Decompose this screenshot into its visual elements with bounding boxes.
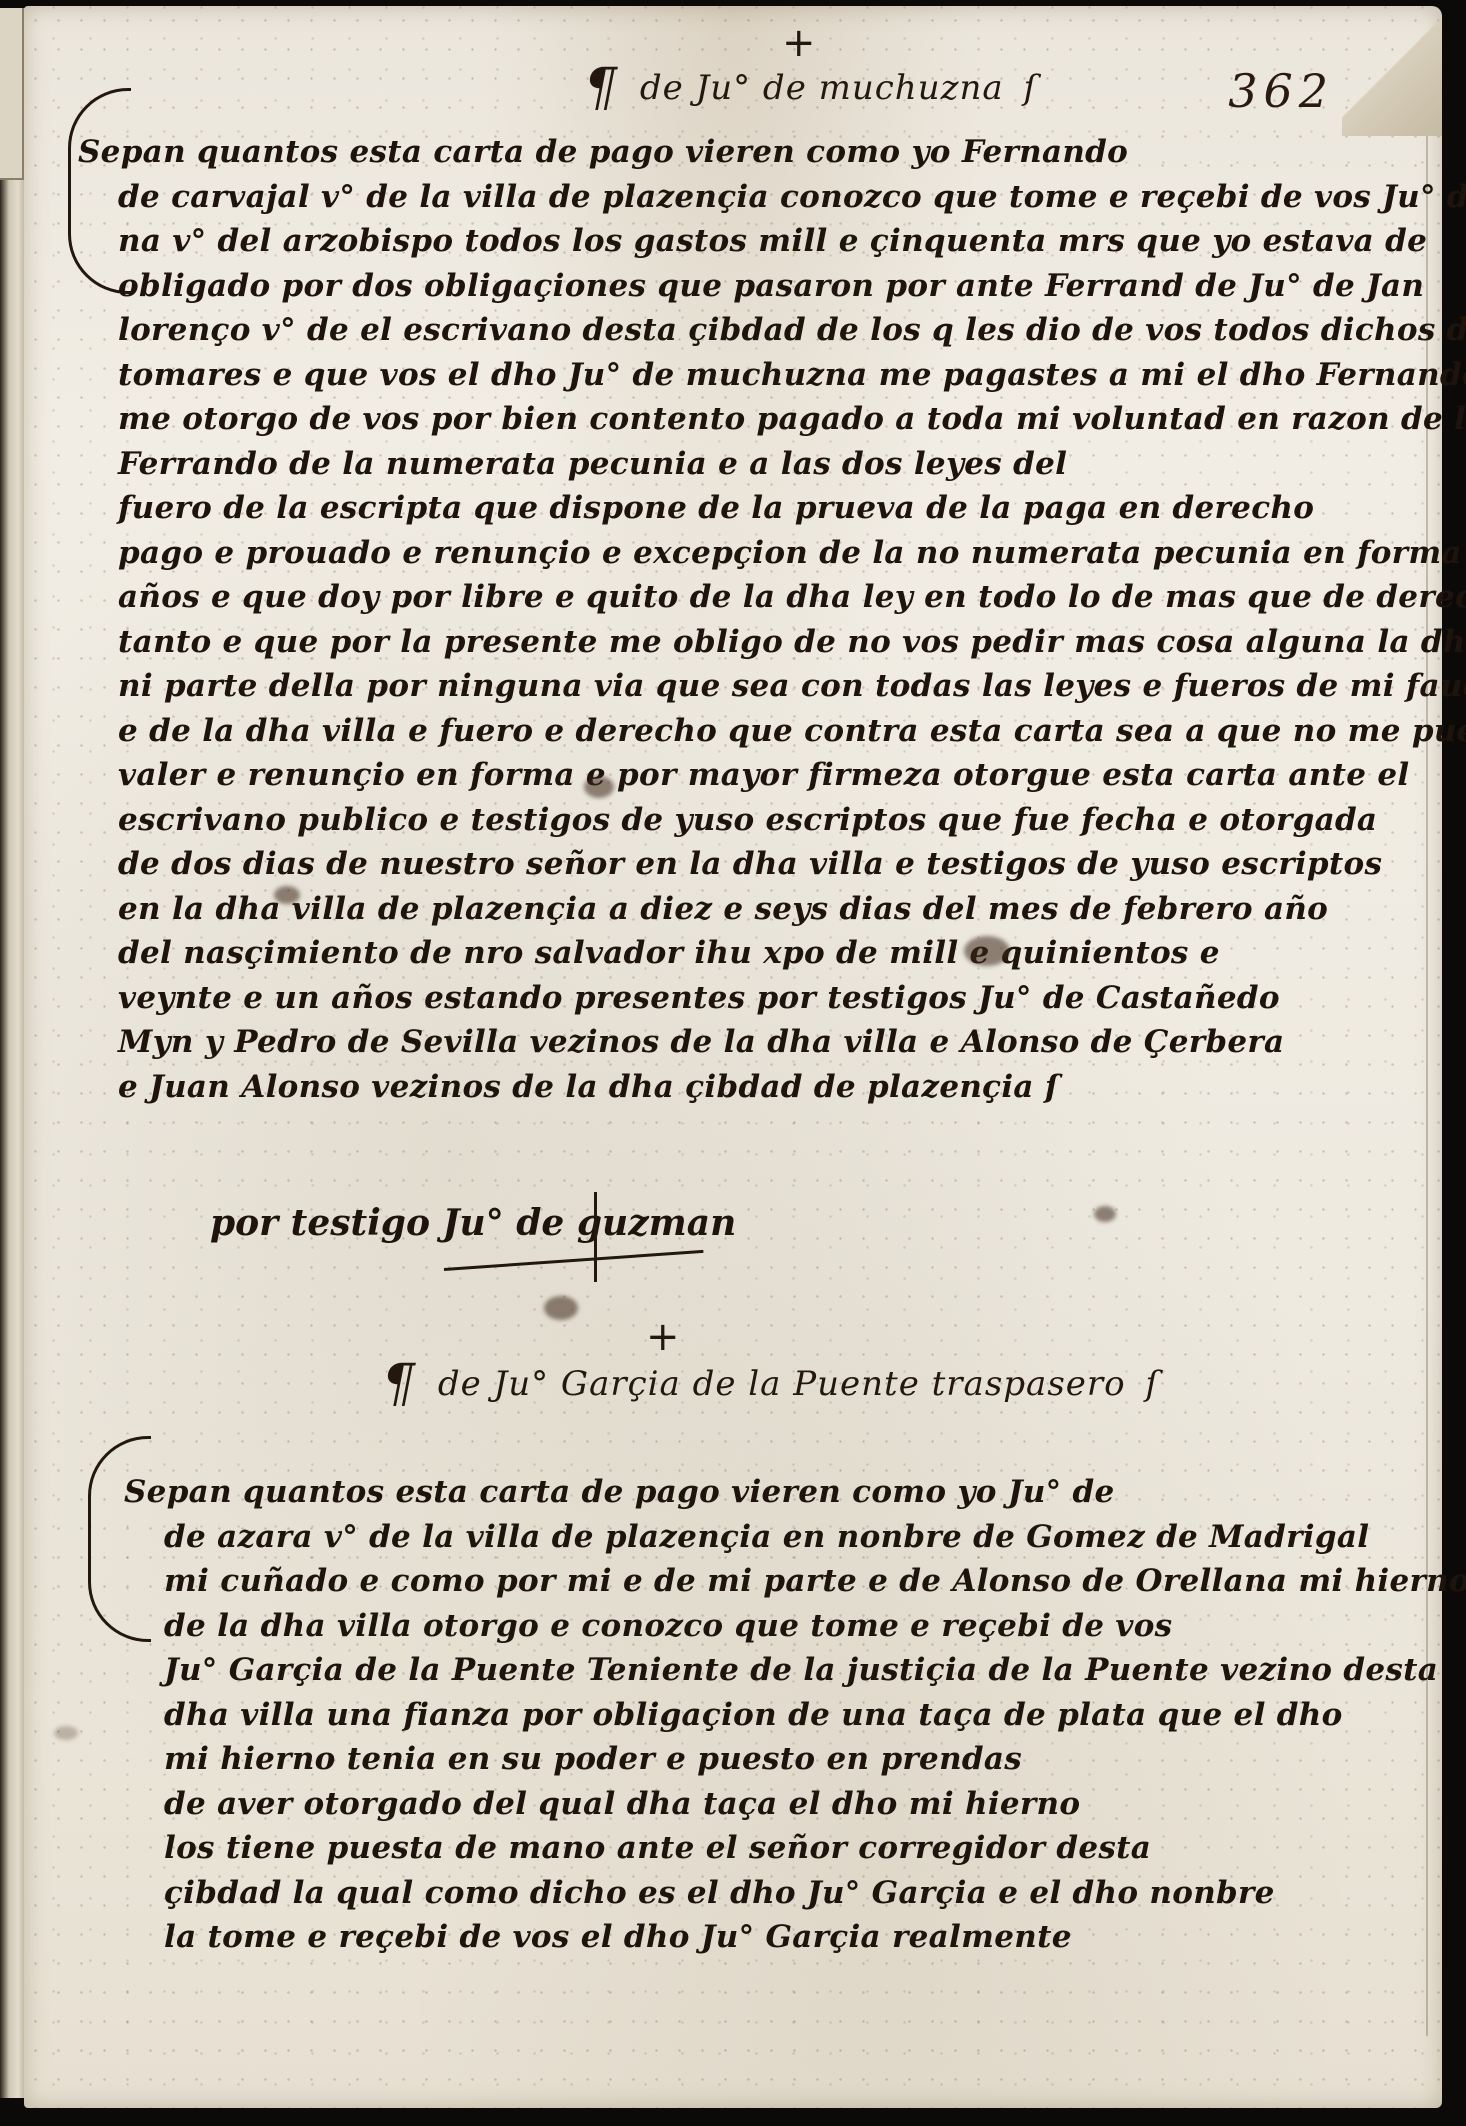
text-line: Ju° Garçia de la Puente Teniente de la j… <box>124 1648 1404 1693</box>
entry-1-heading-end: ſ <box>1024 68 1038 108</box>
text-line: de la dha villa otorgo e conozco que tom… <box>124 1604 1404 1649</box>
ink-stain <box>544 1296 578 1320</box>
notary-signature: por testigo Ju° de guzman <box>210 1202 736 1244</box>
folio-number: 362 <box>1228 64 1334 118</box>
text-line: mi cuñado e como por mi e de mi parte e … <box>124 1559 1404 1604</box>
text-line: pago e prouado e renunçio e excepçion de… <box>78 531 1398 576</box>
text-line: ni parte della por ninguna via que sea c… <box>78 664 1398 709</box>
entry-2-body: Sepan quantos esta carta de pago vieren … <box>124 1470 1404 1960</box>
pilcrow-icon: ¶ <box>382 1354 416 1414</box>
text-line: e Juan Alonso vezinos de la dha çibdad d… <box>78 1065 1398 1110</box>
text-line: dha villa una fianza por obligaçion de u… <box>124 1693 1404 1738</box>
text-line: Myn y Pedro de Sevilla vezinos de la dha… <box>78 1020 1398 1065</box>
text-line: de azara v° de la villa de plazençia en … <box>124 1515 1404 1560</box>
text-line: mi hierno tenia en su poder e puesto en … <box>124 1737 1404 1782</box>
signature-rubric-stroke <box>594 1192 597 1282</box>
text-line: del nasçimiento de nro salvador ihu xpo … <box>78 931 1398 976</box>
text-line: Sepan quantos esta carta de pago vieren … <box>124 1470 1404 1515</box>
pilcrow-icon: ¶ <box>584 58 618 118</box>
ink-stain <box>1094 1206 1116 1222</box>
scan-background <box>24 2112 1442 2126</box>
entry-2-heading-end: ſ <box>1145 1364 1159 1404</box>
text-line: años e que doy por libre e quito de la d… <box>78 575 1398 620</box>
ink-stain <box>584 776 614 798</box>
entry-2-heading-text: de Ju° Garçia de la Puente traspasero <box>438 1364 1126 1404</box>
text-line: de aver otorgado del qual dha taça el dh… <box>124 1782 1404 1827</box>
ink-stain <box>54 1726 78 1740</box>
text-line: e de la dha villa e fuero e derecho que … <box>78 709 1398 754</box>
entry-1-heading: ¶ de Ju° de muchuzna ſ <box>584 58 1037 118</box>
text-line: la tome e reçebi de vos el dho Ju° Garçi… <box>124 1915 1404 1960</box>
previous-leaf-edge <box>0 8 24 180</box>
text-line: çibdad la qual como dicho es el dho Ju° … <box>124 1871 1404 1916</box>
text-line: tomares e que vos el dho Ju° de muchuzna… <box>78 353 1398 398</box>
text-line: me otorgo de vos por bien contento pagad… <box>78 397 1398 442</box>
text-line: obligado por dos obligaçiones que pasaro… <box>78 264 1398 309</box>
entry-2-heading: ¶ de Ju° Garçia de la Puente traspasero … <box>382 1354 1159 1414</box>
text-line: Ferrando de la numerata pecunia e a las … <box>78 442 1398 487</box>
text-line: de carvajal v° de la villa de plazençia … <box>78 175 1398 220</box>
entry-1-body: Sepan quantos esta carta de pago vieren … <box>78 130 1398 1109</box>
text-line: veynte e un años estando presentes por t… <box>78 976 1398 1021</box>
text-line: tanto e que por la presente me obligo de… <box>78 620 1398 665</box>
text-line: los tiene puesta de mano ante el señor c… <box>124 1826 1404 1871</box>
manuscript-page: 362 + ¶ de Ju° de muchuzna ſ Sepan quant… <box>24 6 1442 2108</box>
text-line: fuero de la escripta que dispone de la p… <box>78 486 1398 531</box>
ink-stain <box>964 936 1010 966</box>
entry-1-heading-text: de Ju° de muchuzna <box>640 68 1004 108</box>
text-line: lorenço v° de el escrivano desta çibdad … <box>78 308 1398 353</box>
folded-corner <box>1342 6 1442 136</box>
text-line: Sepan quantos esta carta de pago vieren … <box>78 130 1398 175</box>
text-line: escrivano publico e testigos de yuso esc… <box>78 798 1398 843</box>
signature-flourish <box>444 1250 704 1271</box>
text-line: na v° del arzobispo todos los gastos mil… <box>78 219 1398 264</box>
ink-stain <box>274 886 300 904</box>
text-line: de dos dias de nuestro señor en la dha v… <box>78 842 1398 887</box>
text-line: valer e renunçio en forma e por mayor fi… <box>78 753 1398 798</box>
